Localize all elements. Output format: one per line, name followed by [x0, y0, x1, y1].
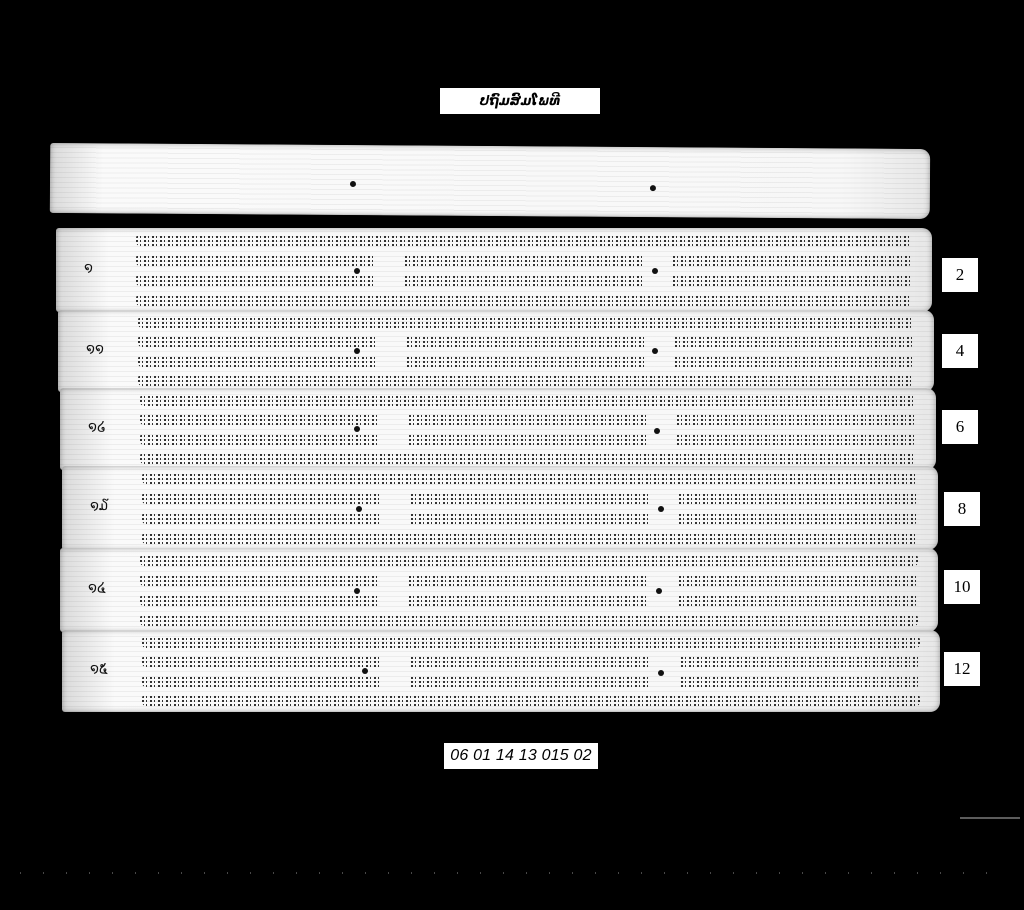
- page-tag: 12: [944, 652, 980, 686]
- text-line: [138, 335, 914, 347]
- manuscript-leaf: ໑໑: [58, 310, 934, 392]
- page-tag: 6: [942, 410, 978, 444]
- leaf-margin-number: ໑໓: [90, 498, 108, 514]
- string-hole: [354, 268, 360, 274]
- cover-leaf: [50, 143, 930, 219]
- title-label: ປຖົມສົມໂພທີ: [440, 88, 600, 114]
- string-hole: [652, 348, 658, 354]
- text-line: [140, 452, 916, 464]
- string-hole: [354, 426, 360, 432]
- string-hole: [350, 181, 356, 187]
- text-line: [136, 274, 912, 286]
- string-hole: [658, 506, 664, 512]
- text-line: [142, 472, 918, 484]
- manuscript-leaf: ໑໕: [62, 630, 940, 712]
- text-line: [140, 433, 916, 445]
- string-hole: [656, 588, 662, 594]
- text-line: [140, 394, 916, 406]
- text-line: [142, 655, 920, 667]
- string-hole: [650, 185, 656, 191]
- leaf-margin-number: ໑໕: [90, 661, 108, 677]
- string-hole: [654, 428, 660, 434]
- string-hole: [354, 348, 360, 354]
- scan-artifact: [20, 872, 1000, 874]
- page-tag: 2: [942, 258, 978, 292]
- text-line: [142, 492, 918, 504]
- manuscript-leaf: ໑໓: [62, 466, 938, 550]
- text-line: [138, 374, 914, 386]
- text-line: [136, 294, 912, 306]
- string-hole: [362, 668, 368, 674]
- text-line: [136, 234, 912, 246]
- text-line: [140, 614, 918, 626]
- leaf-margin-number: ໑໑: [86, 341, 104, 357]
- text-line: [138, 316, 914, 328]
- text-line: [142, 512, 918, 524]
- page-tag: 10: [944, 570, 980, 604]
- manuscript-leaf: ໑: [56, 228, 932, 312]
- text-line: [142, 532, 918, 544]
- string-hole: [356, 506, 362, 512]
- string-hole: [652, 268, 658, 274]
- string-hole: [354, 588, 360, 594]
- page-tag: 8: [944, 492, 980, 526]
- text-line: [140, 554, 918, 566]
- text-line: [140, 574, 918, 586]
- page-tag: 4: [942, 334, 978, 368]
- leaf-margin-number: ໑: [84, 260, 93, 276]
- text-line: [140, 594, 918, 606]
- text-line: [138, 355, 914, 367]
- text-line: [142, 694, 920, 706]
- catalog-number-label: 06 01 14 13 015 02: [444, 743, 598, 769]
- leaf-margin-number: ໑໒: [88, 419, 106, 435]
- string-hole: [658, 670, 664, 676]
- text-line: [140, 413, 916, 425]
- scan-artifact: [960, 817, 1020, 819]
- text-line: [136, 254, 912, 266]
- manuscript-leaf: ໑໔: [60, 548, 938, 632]
- text-line: [142, 675, 920, 687]
- manuscript-leaf: ໑໒: [60, 388, 936, 470]
- leaf-margin-number: ໑໔: [88, 580, 106, 596]
- text-line: [142, 636, 920, 648]
